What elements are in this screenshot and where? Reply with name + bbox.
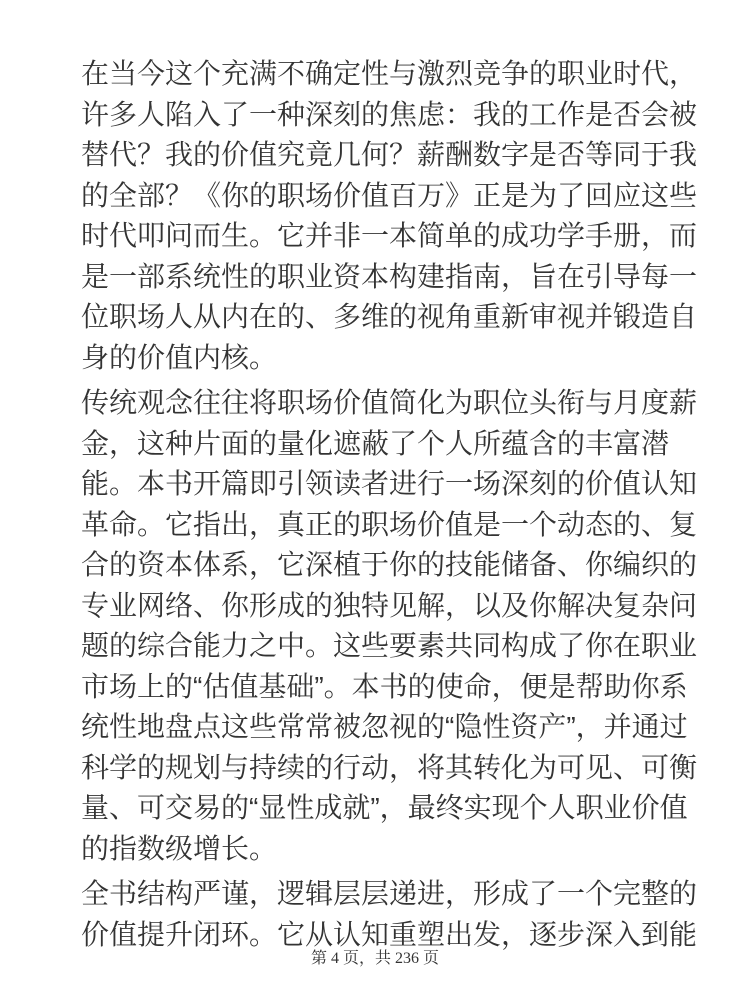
paragraph-2: 传统观念往往将职场价值简化为职位头衔与月度薪金，这种片面的量化遮蔽了个人所蕴含的… — [81, 383, 701, 869]
page-number-indicator: 第 4 页，共 236 页 — [0, 949, 750, 969]
paragraph-3: 全书结构严谨，逻辑层层递进，形成了一个完整的价值提升闭环。它从认知重塑出发，逐步… — [81, 874, 701, 955]
document-page: 在当今这个充满不确定性与激烈竞争的职业时代，许多人陷入了一种深刻的焦虑：我的工作… — [0, 0, 750, 1000]
paragraph-1: 在当今这个充满不确定性与激烈竞争的职业时代，许多人陷入了一种深刻的焦虑：我的工作… — [81, 54, 701, 378]
page-content: 在当今这个充满不确定性与激烈竞争的职业时代，许多人陷入了一种深刻的焦虑：我的工作… — [81, 54, 701, 960]
